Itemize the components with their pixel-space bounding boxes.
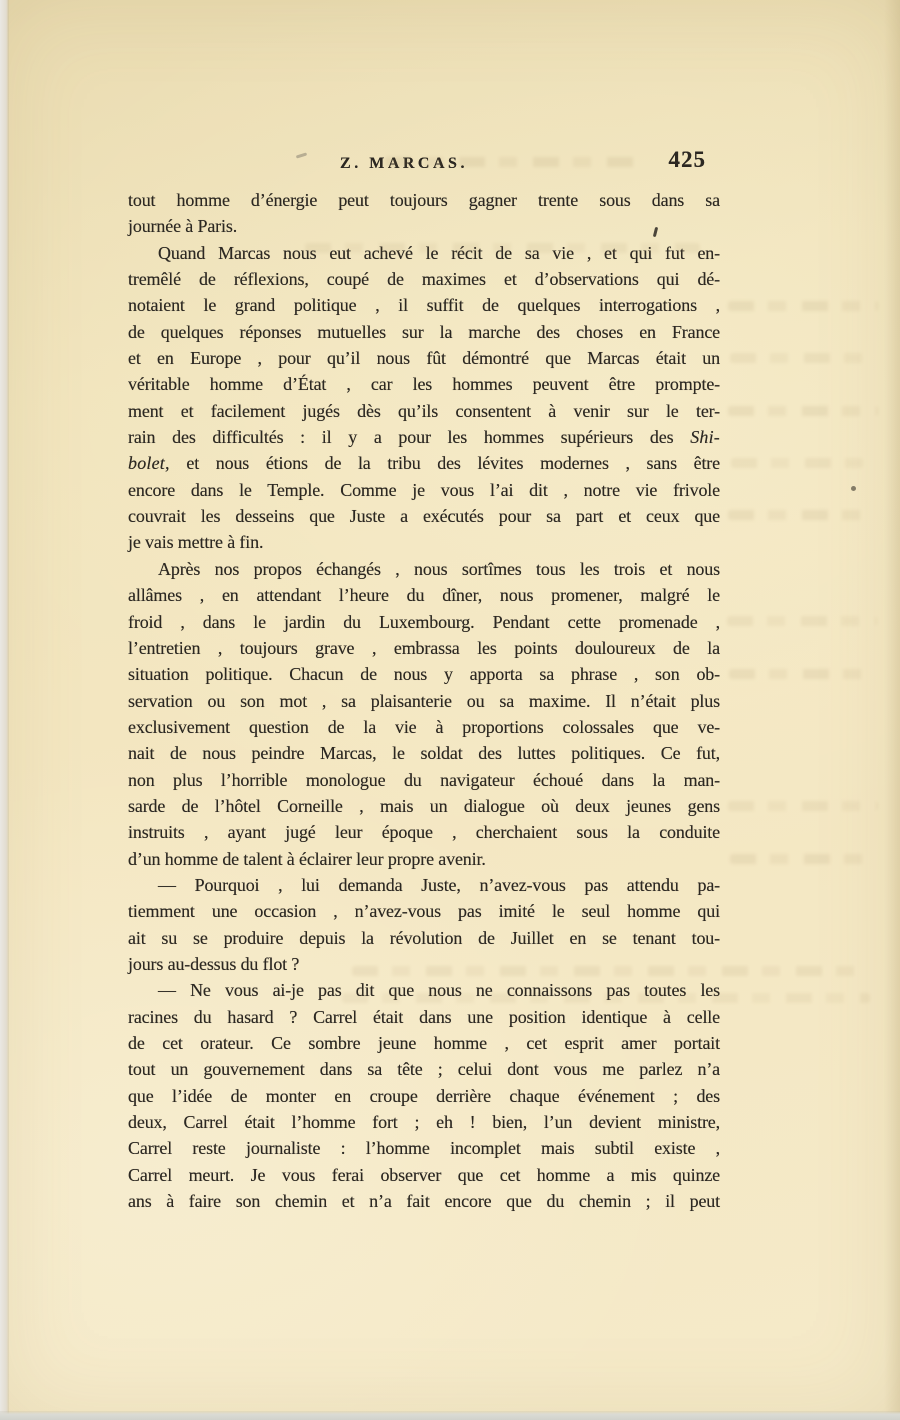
scanned-book-page: Z. MARCAS. 425 tout homme d’énergie peut… xyxy=(0,0,900,1420)
text-line: froid , dans le jardin du Luxembourg. Pe… xyxy=(128,609,720,635)
text-line: notaient le grand politique , il suffit … xyxy=(128,292,720,318)
showthrough-artifact xyxy=(728,510,876,520)
text-line: deux, Carrel était l’homme fort ; eh ! b… xyxy=(128,1109,720,1135)
page-header: Z. MARCAS. 425 xyxy=(128,148,720,182)
text-line: exclusivement question de la vie à propo… xyxy=(128,714,720,740)
scan-edge-bottom xyxy=(0,1411,900,1420)
text-line: couvrait les desseins que Juste a exécut… xyxy=(128,503,720,529)
text-line: instruits , ayant jugé leur époque , che… xyxy=(128,819,720,845)
text-line: de cet orateur. Ce sombre jeune homme , … xyxy=(128,1030,720,1056)
showthrough-artifact xyxy=(729,669,869,679)
text-line: tiemment une occasion , n’avez-vous pas … xyxy=(128,898,720,924)
page-number: 425 xyxy=(669,147,707,173)
text-line: encore dans le Temple. Comme je vous l’a… xyxy=(128,477,720,503)
text-line: tout homme d’énergie peut toujours gagne… xyxy=(128,187,720,213)
showthrough-artifact xyxy=(727,616,877,626)
showthrough-artifact xyxy=(728,406,878,416)
text-line: nait de nous peindre Marcas, le soldat d… xyxy=(128,740,720,766)
text-line: véritable homme d’État , car les hommes … xyxy=(128,371,720,397)
showthrough-artifact xyxy=(731,458,863,468)
paragraph: Quand Marcas nous eut achevé le récit de… xyxy=(128,240,720,556)
text-line: Carrel meurt. Je vous ferai observer que… xyxy=(128,1162,720,1188)
text-line: ans à faire son chemin et n’a fait encor… xyxy=(128,1188,720,1214)
text-line: situation politique. Chacun de nous y ap… xyxy=(128,661,720,687)
paragraph: Après nos propos échangés , nous sortîme… xyxy=(128,556,720,872)
text-block: tout homme d’énergie peut toujours gagne… xyxy=(128,187,720,1214)
text-line: servation ou son mot , sa plaisanterie o… xyxy=(128,688,720,714)
text-line: allâmes , en attendant l’heure du dîner,… xyxy=(128,582,720,608)
text-line: sarde de l’hôtel Corneille , mais un dia… xyxy=(128,793,720,819)
paragraph: tout homme d’énergie peut toujours gagne… xyxy=(128,187,720,240)
text-line: ait su se produire depuis la révolution … xyxy=(128,925,720,951)
scan-edge-left xyxy=(0,0,9,1420)
text-line: — Pourquoi , lui demanda Juste, n’avez-v… xyxy=(128,872,720,898)
text-line: — Ne vous ai-je pas dit que nous ne conn… xyxy=(128,977,720,1003)
ink-speck xyxy=(851,486,856,491)
text-line: ment et facilement jugés dès qu’ils cons… xyxy=(128,398,720,424)
text-line: Carrel reste journaliste : l’homme incom… xyxy=(128,1135,720,1161)
paragraph: — Pourquoi , lui demanda Juste, n’avez-v… xyxy=(128,872,720,977)
text-line: l’entretien , toujours grave , embrassa … xyxy=(128,635,720,661)
running-head: Z. MARCAS. xyxy=(128,155,680,173)
text-line: non plus l’horrible monologue du navigat… xyxy=(128,767,720,793)
text-line: Quand Marcas nous eut achevé le récit de… xyxy=(128,240,720,266)
text-line: tout un gouvernement dans sa tête ; celu… xyxy=(128,1056,720,1082)
text-line: d’un homme de talent à éclairer leur pro… xyxy=(128,846,720,872)
showthrough-artifact xyxy=(728,301,878,311)
text-line: et en Europe , pour qu’il nous fût démon… xyxy=(128,345,720,371)
showthrough-artifact xyxy=(730,353,868,363)
scan-edge-right xyxy=(884,0,900,1420)
text-line: journée à Paris. xyxy=(128,213,720,239)
text-line: Après nos propos échangés , nous sortîme… xyxy=(128,556,720,582)
text-line: jours au-dessus du flot ? xyxy=(128,951,720,977)
text-line: tremêlé de réflexions, coupé de maximes … xyxy=(128,266,720,292)
text-line: de quelques réponses mutuelles sur la ma… xyxy=(128,319,720,345)
paragraph: — Ne vous ai-je pas dit que nous ne conn… xyxy=(128,977,720,1214)
text-line: racines du hasard ? Carrel était dans un… xyxy=(128,1004,720,1030)
showthrough-artifact xyxy=(730,854,873,864)
text-line: que l’idée de monter en croupe derrière … xyxy=(128,1083,720,1109)
text-line: rain des difficultés : il y a pour les h… xyxy=(128,424,720,450)
text-line: bolet, et nous étions de la tribu des lé… xyxy=(128,450,720,476)
showthrough-artifact xyxy=(728,801,878,811)
text-line: je vais mettre à fin. xyxy=(128,529,720,555)
